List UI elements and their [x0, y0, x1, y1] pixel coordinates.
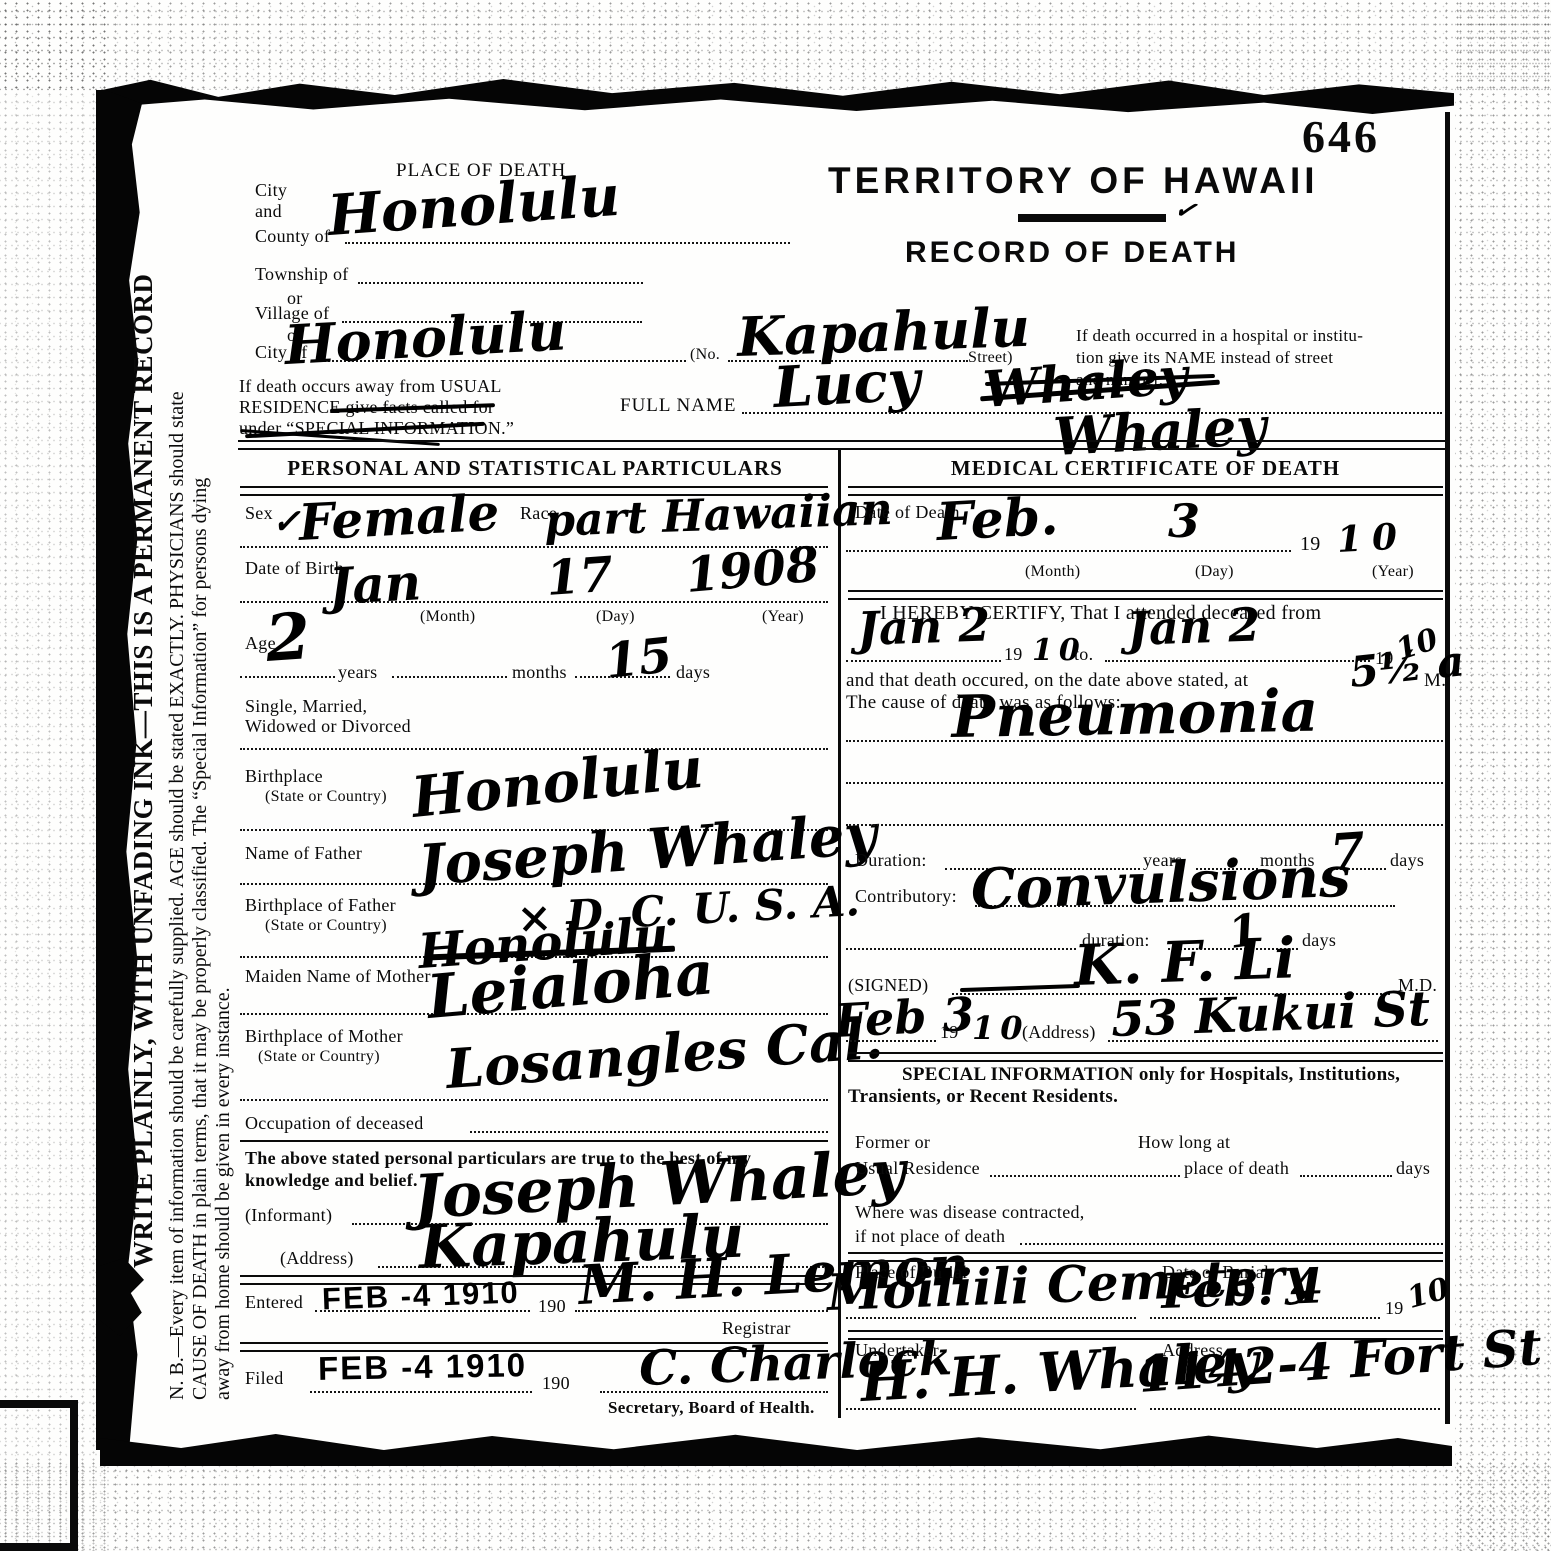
city-of-value: Honolulu — [283, 303, 567, 372]
margin-permanent-record-note: WRITE PLAINLY, WITH UNFADING INK—THIS IS… — [128, 274, 159, 1268]
former-residence-dotted-line — [990, 1175, 1180, 1177]
informant-address-label: (Address) — [280, 1248, 354, 1269]
dod-day-value: 3 — [1168, 498, 1200, 544]
race-value: part Hawaiian — [543, 488, 893, 544]
attended-dotted-line-2 — [1105, 660, 1370, 662]
signature-lead-stroke — [960, 984, 1080, 992]
age-dotted-line-1 — [240, 676, 335, 678]
former-residence-label-1: Former or — [855, 1132, 930, 1153]
signed-year-prefix: 19 — [940, 1022, 959, 1043]
entered-year-prefix: 190 — [538, 1296, 566, 1317]
corner-frame-right — [70, 1400, 78, 1548]
margin-nb-note-line1: N. B.—Every item of information should b… — [166, 391, 189, 1400]
birthplace-state-label: (State or Country) — [265, 788, 387, 806]
special-info-line1: SPECIAL INFORMATION only for Hospitals, … — [902, 1064, 1400, 1086]
sex-check-mark: ✓ — [272, 505, 301, 539]
signed-address-label: (Address) — [1022, 1022, 1096, 1043]
special-info-line2: Transients, or Recent Residents. — [848, 1086, 1118, 1108]
torn-border-top — [96, 76, 1454, 114]
signed-date-dotted-line — [846, 1040, 936, 1042]
marital-label-1: Single, Married, — [245, 696, 367, 717]
age-days-value: 15 — [603, 631, 674, 686]
entered-dotted-line-1 — [315, 1310, 530, 1312]
header-divider — [238, 440, 1445, 450]
dob-dotted-line — [240, 601, 828, 603]
attestation-line2: knowledge and belief. — [245, 1170, 418, 1191]
territory-title: TERRITORY OF HAWAII — [828, 160, 1319, 202]
duration-label: Duration: — [855, 850, 927, 871]
dod-month-value: Feb. — [935, 491, 1059, 549]
secretary-label: Secretary, Board of Health. — [608, 1398, 815, 1418]
duration-days-label: days — [1390, 850, 1424, 871]
dod-year-label: (Year) — [1372, 563, 1414, 581]
dob-month-value: Jan — [327, 557, 422, 612]
age-dotted-line-2 — [392, 676, 507, 678]
contributory-value: Convulsions — [970, 849, 1351, 918]
dod-year-prefix: 19 — [1300, 533, 1321, 556]
father-name-label: Name of Father — [245, 843, 362, 864]
place-of-death-days-label: place of death — [1184, 1158, 1289, 1179]
torn-border-bottom — [100, 1426, 1452, 1466]
contributory-label: Contributory: — [855, 886, 957, 907]
territory-underline — [1018, 214, 1166, 222]
full-name-label: FULL NAME — [620, 395, 737, 417]
dod-month-label: (Month) — [1025, 563, 1080, 581]
occupation-label: Occupation of deceased — [245, 1113, 424, 1134]
signed-signature-value: K. F. Li — [1073, 930, 1296, 994]
city-and-county-label-1: City — [255, 180, 287, 201]
cause-of-death-value: Pneumonia — [951, 682, 1319, 746]
time-of-death-value: 5½ a — [1348, 640, 1467, 694]
corner-frame-bottom — [0, 1543, 78, 1551]
city-county-value: Honolulu — [326, 168, 622, 244]
marital-label-2: Widowed or Divorced — [245, 716, 411, 737]
township-dotted-line — [358, 282, 643, 284]
filed-date-stamp: FEB -4 1910 — [318, 1346, 528, 1388]
attended-from-value: Jan 2 — [856, 601, 991, 652]
ink-blob-left — [100, 1258, 144, 1336]
full-name-first-value: Lucy — [772, 352, 921, 416]
medical-section-title: MEDICAL CERTIFICATE OF DEATH — [848, 456, 1443, 481]
occupation-divider — [240, 1140, 828, 1142]
dob-day-value: 17 — [545, 550, 615, 603]
mother-birthplace-state-label: (State or Country) — [258, 1048, 380, 1066]
age-years-value: 2 — [264, 605, 313, 672]
signed-address-value: 53 Kukui St — [1110, 985, 1430, 1044]
burial-date-value: Feb. 4 — [1160, 1262, 1324, 1316]
hospital-note-line1: If death occurred in a hospital or insti… — [1076, 326, 1363, 346]
record-title: RECORD OF DEATH — [905, 236, 1239, 270]
dod-year-value: 10 — [1336, 518, 1408, 558]
full-name-rewrite-value: Whaley — [1052, 401, 1267, 464]
scan-border-right — [1445, 112, 1450, 1424]
cause-blank-dotted-line-1 — [846, 782, 1443, 784]
city-and-county-label-3: County of — [255, 226, 330, 247]
disease-contracted-dotted-line — [1020, 1243, 1443, 1245]
residence-note-line1: If death occurs away from USUAL — [239, 376, 502, 397]
sex-label: Sex — [245, 503, 273, 524]
dob-year-value: 1908 — [684, 541, 821, 600]
personal-section-title: PERSONAL AND STATISTICAL PARTICULARS — [240, 456, 830, 481]
no-label: (No. — [690, 346, 720, 364]
attended-dotted-line-1 — [846, 660, 1001, 662]
filed-dotted-line-1 — [310, 1391, 532, 1393]
special-info-divider — [848, 1052, 1443, 1062]
margin-nb-note-line3: away from home should be given in every … — [212, 987, 235, 1400]
attended-to-label: to. — [1074, 644, 1093, 665]
mother-birthplace-label: Birthplace of Mother — [245, 1026, 403, 1047]
attended-to-value: Jan 2 — [1126, 601, 1261, 652]
marital-dotted-line — [240, 748, 828, 750]
dod-dotted-line — [846, 550, 1291, 552]
dod-day-label: (Day) — [1195, 563, 1234, 581]
age-months-label: months — [512, 662, 567, 683]
signed-year-value: 10 — [972, 1012, 1029, 1044]
how-long-days-label: days — [1396, 1158, 1430, 1179]
township-label: Township of — [255, 264, 349, 285]
undertaker-address-dotted-line — [1150, 1408, 1440, 1410]
occupation-dotted-line — [470, 1131, 828, 1133]
how-long-label: How long at — [1138, 1132, 1230, 1153]
time-m-label: M. — [1424, 670, 1446, 692]
city-and-county-label-2: and — [255, 201, 282, 222]
filed-label: Filed — [245, 1368, 284, 1389]
age-years-label: years — [338, 662, 377, 683]
disease-contracted-label-2: if not place of death — [855, 1226, 1005, 1247]
dob-day-label: (Day) — [596, 608, 635, 626]
attended-from-year-prefix: 19 — [1004, 644, 1023, 665]
age-days-label: days — [676, 662, 710, 683]
margin-nb-note-line2: CAUSE OF DEATH in plain terms, that it m… — [189, 478, 212, 1400]
scan-noise-left — [0, 0, 110, 1551]
scan-noise-bottom — [0, 1460, 1551, 1551]
dob-year-label: (Year) — [762, 608, 804, 626]
scan-noise-top — [0, 0, 1551, 90]
birthplace-label: Birthplace — [245, 766, 323, 787]
how-long-dotted-line — [1300, 1175, 1392, 1177]
dob-month-label: (Month) — [420, 608, 475, 626]
father-birthplace-label: Birthplace of Father — [245, 895, 396, 916]
contrib-duration-dotted-line-1 — [846, 948, 1076, 950]
former-residence-label-2: Usual Residence — [855, 1158, 980, 1179]
disease-contracted-label-1: Where was disease contracted, — [855, 1202, 1085, 1223]
mother-birthplace-dotted-line — [240, 1099, 828, 1101]
birthplace-value: Honolulu — [409, 740, 706, 826]
filed-year-prefix: 190 — [542, 1373, 570, 1394]
burial-year-prefix: 19 — [1385, 1298, 1404, 1319]
stray-ink-mark: ✓ — [1172, 196, 1199, 226]
contrib-duration-days-label: days — [1302, 930, 1336, 951]
informant-label: (Informant) — [245, 1205, 332, 1226]
entered-label: Entered — [245, 1292, 303, 1313]
sex-value: Female — [297, 488, 500, 548]
mother-name-label: Maiden Name of Mother — [245, 966, 431, 987]
father-birthplace-state-label: (State or Country) — [265, 917, 387, 935]
certificate-number: 646 — [1302, 110, 1380, 163]
corner-frame-top — [0, 1400, 78, 1408]
death-certificate-scan: WRITE PLAINLY, WITH UNFADING INK—THIS IS… — [0, 0, 1551, 1551]
